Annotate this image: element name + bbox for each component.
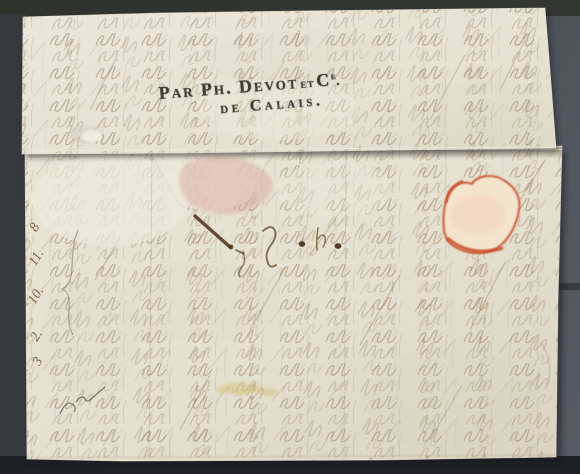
letter-photo: Par Ph. DevotetCe. de Calais. 8 11. 10. … (0, 0, 580, 474)
handstamp-et: et (298, 75, 317, 91)
letter-artwork (0, 0, 580, 474)
handstamp-cie: C (315, 69, 332, 90)
handstamp-period: . (335, 74, 342, 89)
